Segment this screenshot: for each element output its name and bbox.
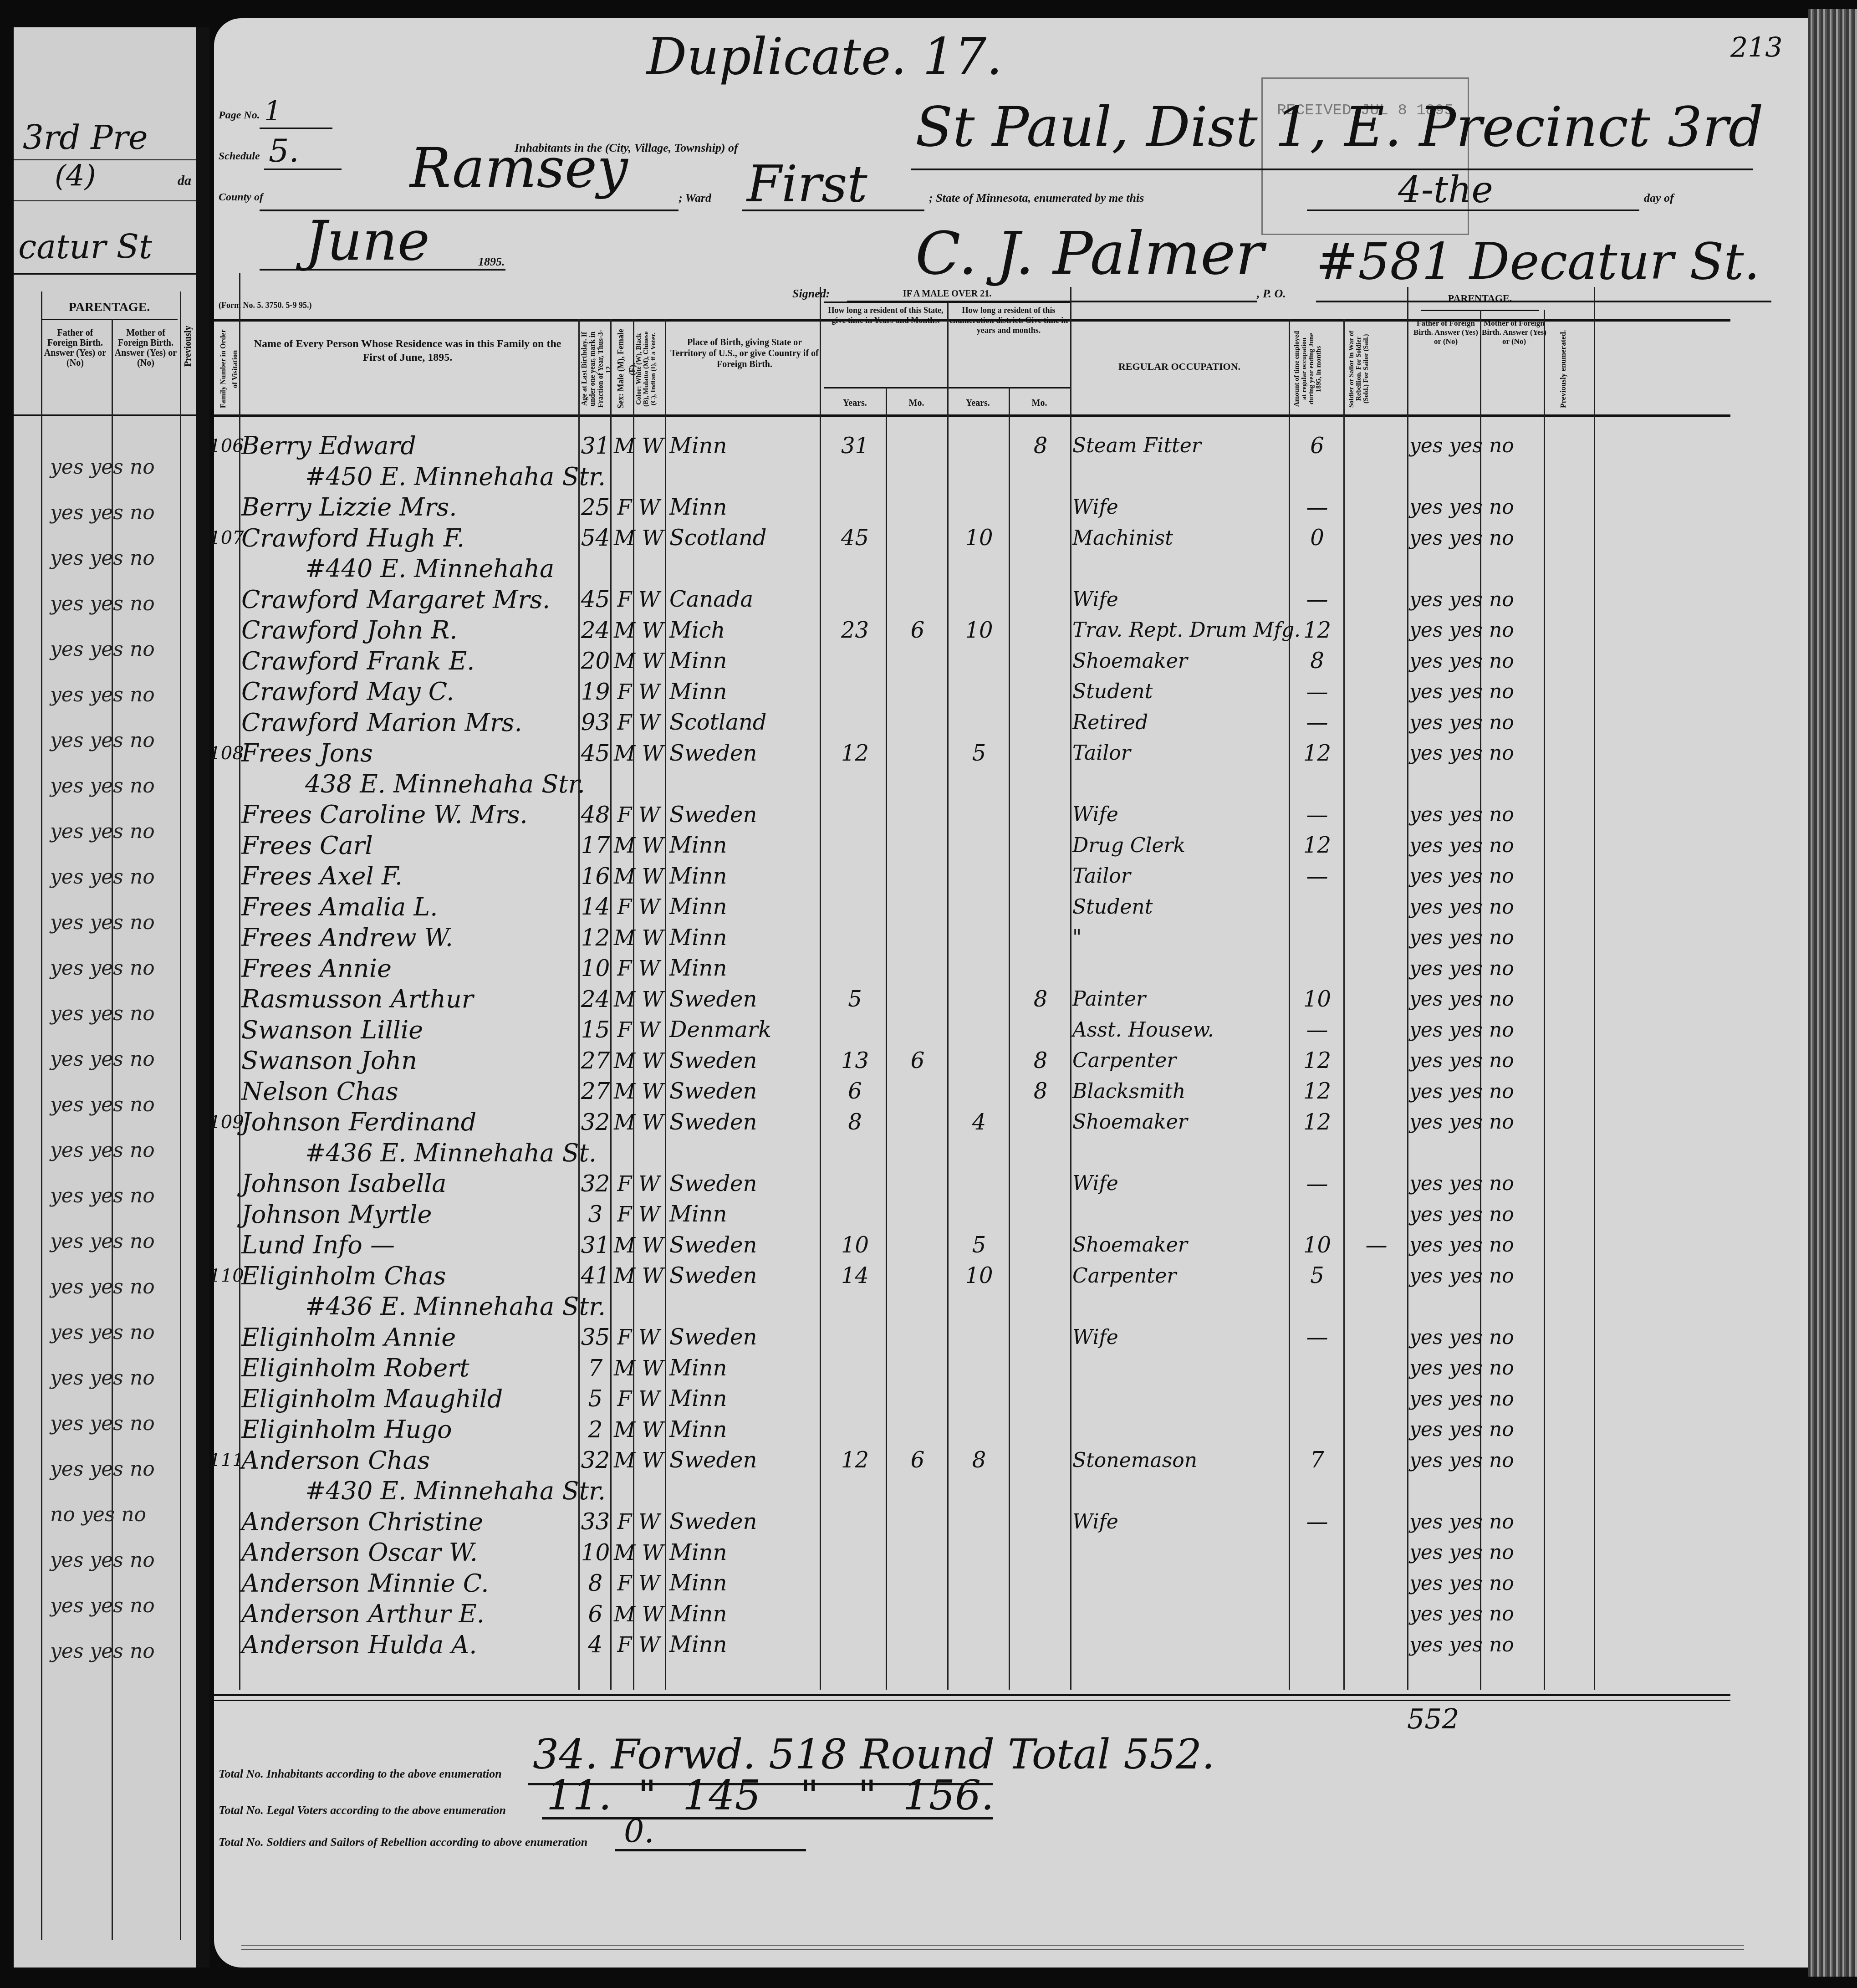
district-years: [949, 799, 1009, 830]
age: 33: [581, 1507, 610, 1538]
district-years: [949, 1076, 1009, 1107]
state-months: 6: [888, 1045, 947, 1076]
state-years: [824, 1537, 886, 1568]
occupation: Retired: [1072, 707, 1289, 738]
family-number: [214, 1322, 239, 1353]
district-months: [1011, 1414, 1070, 1445]
page-no-label: Page No.: [219, 109, 260, 122]
months-employed: —: [1291, 861, 1343, 892]
district-years: [949, 1015, 1009, 1046]
district-years: [949, 1568, 1009, 1599]
birthplace: Minn: [669, 861, 820, 892]
state-months: [888, 1630, 947, 1661]
occupation: Shoemaker: [1072, 1230, 1289, 1261]
year-label: 1895.: [478, 255, 505, 269]
prev-parentage-entry: yes yes no: [50, 911, 155, 934]
district-months: [1011, 1384, 1070, 1415]
person-name: Anderson Minnie C.: [241, 1568, 578, 1599]
col-birthplace: Place of Birth, giving State or Territor…: [669, 337, 820, 370]
state-months: [888, 1414, 947, 1445]
soldier-sailor: [1346, 984, 1407, 1015]
prev-parentage-entry: yes yes no: [50, 1412, 155, 1435]
soldier-sailor: [1346, 1568, 1407, 1599]
po-address: #581 Decatur St.: [1316, 232, 1760, 291]
soldier-sailor: [1346, 1445, 1407, 1476]
col-state-months: Mo.: [886, 396, 947, 410]
district-months: [1011, 1445, 1070, 1476]
state-years: 23: [824, 615, 886, 646]
parentage: yes yes no: [1409, 1384, 1592, 1415]
birthplace: Minn: [669, 1414, 820, 1445]
parentage: yes yes no: [1409, 892, 1592, 923]
sex-color: M W: [612, 615, 665, 646]
state-years: [824, 799, 886, 830]
state-months: [888, 1261, 947, 1292]
person-name: Anderson Hulda A.: [241, 1630, 578, 1661]
district-months: [1011, 830, 1070, 861]
table-row: 109Johnson Ferdinand32M WSweden84Shoemak…: [214, 1107, 1808, 1138]
prev-parentage-entry: yes yes no: [50, 1548, 155, 1572]
city-value: St Paul, Dist 1, E. Precinct 3rd: [915, 96, 1764, 159]
months-employed: [1291, 1199, 1343, 1230]
state-months: [888, 707, 947, 738]
district-months: 8: [1011, 1076, 1070, 1107]
col-previously: Previously enumerated.: [1557, 328, 1585, 410]
district-years: [949, 492, 1009, 523]
age: 15: [581, 1015, 610, 1046]
person-name: #430 E. Minnehaha Str.: [305, 1476, 852, 1507]
district-years: [949, 1384, 1009, 1415]
parentage: yes yes no: [1409, 922, 1592, 953]
occupation: Stonemason: [1072, 1445, 1289, 1476]
months-employed: 12: [1291, 1045, 1343, 1076]
age: 31: [581, 1230, 610, 1261]
parentage: yes yes no: [1409, 1230, 1592, 1261]
state-years: [824, 1199, 886, 1230]
person-name: Eliginholm Annie: [241, 1322, 578, 1353]
total-inhabitants-label: Total No. Inhabitants according to the a…: [219, 1767, 502, 1781]
occupation: Drug Clerk: [1072, 830, 1289, 861]
person-name: Lund Info —: [241, 1230, 578, 1261]
district-years: [949, 646, 1009, 677]
prev-day-fragment: da: [178, 173, 191, 189]
total-voters-value: 11. " 145 " " 156.: [546, 1772, 994, 1819]
months-employed: [1291, 1384, 1343, 1415]
table-row: Johnson Myrtle3F WMinnyes yes no: [214, 1199, 1808, 1230]
age: 48: [581, 799, 610, 830]
months-employed: [1291, 1599, 1343, 1630]
state-years: [824, 892, 886, 923]
months-employed: [1291, 1568, 1343, 1599]
state-years: [824, 707, 886, 738]
state-months: [888, 1107, 947, 1138]
district-years: [949, 707, 1009, 738]
months-employed: —: [1291, 1322, 1343, 1353]
age: 19: [581, 676, 610, 707]
months-employed: 0: [1291, 523, 1343, 554]
age: 24: [581, 615, 610, 646]
sex-color: M W: [612, 1045, 665, 1076]
person-name: Frees Annie: [241, 953, 578, 984]
family-number: [214, 676, 239, 707]
table-row: Johnson Isabella32F WSwedenWife—yes yes …: [214, 1168, 1808, 1199]
state-years: [824, 1015, 886, 1046]
table-row: Berry Lizzie Mrs.25F WMinnWife—yes yes n…: [214, 492, 1808, 523]
parentage: yes yes no: [1409, 1045, 1592, 1076]
state-years: [824, 1568, 886, 1599]
months-employed: —: [1291, 1168, 1343, 1199]
soldier-sailor: [1346, 676, 1407, 707]
district-months: [1011, 1507, 1070, 1538]
district-months: [1011, 953, 1070, 984]
state-months: [888, 830, 947, 861]
table-row: Crawford Marion Mrs.93F WScotlandRetired…: [214, 707, 1808, 738]
age: 27: [581, 1045, 610, 1076]
district-years: [949, 1168, 1009, 1199]
soldier-sailor: [1346, 492, 1407, 523]
person-name: Anderson Christine: [241, 1507, 578, 1538]
occupation: Asst. Housew.: [1072, 1015, 1289, 1046]
col-months-employed: Amount of time employed at regular occup…: [1293, 328, 1339, 410]
soldier-sailor: [1346, 1630, 1407, 1661]
birthplace: Sweden: [669, 984, 820, 1015]
prev-header-fragment-1: 3rd Pre: [23, 118, 148, 157]
state-months: [888, 1015, 947, 1046]
state-months: [888, 799, 947, 830]
prev-parentage-entry: yes yes no: [50, 956, 155, 980]
district-months: [1011, 492, 1070, 523]
occupation: Painter: [1072, 984, 1289, 1015]
prev-parentage-entry: yes yes no: [50, 820, 155, 843]
state-years: [824, 1414, 886, 1445]
district-months: [1011, 1168, 1070, 1199]
table-row: Crawford Margaret Mrs.45F WCanadaWife—ye…: [214, 584, 1808, 615]
district-years: 5: [949, 1230, 1009, 1261]
soldier-sailor: [1346, 1353, 1407, 1384]
family-number: [214, 922, 239, 953]
birthplace: Minn: [669, 676, 820, 707]
table-row: 107Crawford Hugh F.54M WScotland4510Mach…: [214, 523, 1808, 554]
prev-parentage-heading: PARENTAGE.: [41, 301, 178, 314]
person-name: Berry Lizzie Mrs.: [241, 492, 578, 523]
col-sex: Sex: Male (M), Female (F).: [615, 328, 633, 410]
district-months: [1011, 1322, 1070, 1353]
parentage: yes yes no: [1409, 1414, 1592, 1445]
district-years: [949, 1537, 1009, 1568]
person-name: Johnson Ferdinand: [241, 1107, 578, 1138]
soldier-sailor: [1346, 922, 1407, 953]
state-months: [888, 1168, 947, 1199]
table-row: Lund Info —31M WSweden105Shoemaker10—yes…: [214, 1230, 1808, 1261]
occupation: Wife: [1072, 1322, 1289, 1353]
prev-parentage-entry: yes yes no: [50, 1184, 155, 1207]
state-months: [888, 523, 947, 554]
parentage: yes yes no: [1409, 799, 1592, 830]
occupation: Tailor: [1072, 738, 1289, 769]
age: 45: [581, 738, 610, 769]
sex-color: F W: [612, 1015, 665, 1046]
soldier-sailor: [1346, 738, 1407, 769]
age: 12: [581, 922, 610, 953]
prev-parentage-entry: no yes no: [50, 1503, 146, 1526]
table-row: Frees Andrew W.12M WMinn"yes yes no: [214, 922, 1808, 953]
months-employed: 12: [1291, 738, 1343, 769]
age: 45: [581, 584, 610, 615]
birthplace: Sweden: [669, 1045, 820, 1076]
person-name: Berry Edward: [241, 430, 578, 461]
parentage: yes yes no: [1409, 1537, 1592, 1568]
prev-parentage-entry: yes yes no: [50, 1139, 155, 1162]
person-name: Frees Andrew W.: [241, 922, 578, 953]
sex-color: F W: [612, 799, 665, 830]
parentage: yes yes no: [1409, 646, 1592, 677]
district-months: [1011, 1568, 1070, 1599]
parentage: yes yes no: [1409, 615, 1592, 646]
parentage: yes yes no: [1409, 1568, 1592, 1599]
county-label: County of: [219, 191, 263, 204]
person-name: Anderson Oscar W.: [241, 1537, 578, 1568]
state-months: [888, 1599, 947, 1630]
family-number: [214, 830, 239, 861]
person-name: Crawford Marion Mrs.: [241, 707, 578, 738]
family-number: [214, 1537, 239, 1568]
age: 6: [581, 1599, 610, 1630]
months-employed: 5: [1291, 1261, 1343, 1292]
family-number: [214, 1015, 239, 1046]
family-number: [214, 953, 239, 984]
table-row: Anderson Minnie C.8F WMinnyes yes no: [214, 1568, 1808, 1599]
sex-color: F W: [612, 1568, 665, 1599]
person-name: Frees Axel F.: [241, 861, 578, 892]
sex-color: F W: [612, 953, 665, 984]
month-value: June: [305, 210, 430, 273]
person-name: Crawford Hugh F.: [241, 523, 578, 554]
state-years: [824, 953, 886, 984]
person-name: Rasmusson Arthur: [241, 984, 578, 1015]
occupation: Carpenter: [1072, 1261, 1289, 1292]
district-years: [949, 1045, 1009, 1076]
parentage: yes yes no: [1409, 1322, 1592, 1353]
soldier-sailor: [1346, 1414, 1407, 1445]
occupation: [1072, 953, 1289, 984]
family-number: 106: [214, 430, 239, 461]
age: 32: [581, 1445, 610, 1476]
soldier-sailor: [1346, 1537, 1407, 1568]
soldier-sailor: [1346, 830, 1407, 861]
age: 16: [581, 861, 610, 892]
person-name: Eliginholm Robert: [241, 1353, 578, 1384]
district-months: [1011, 892, 1070, 923]
sex-color: M W: [612, 523, 665, 554]
schedule-label: Schedule: [219, 150, 260, 163]
prev-parentage-entry: yes yes no: [50, 865, 155, 889]
state-months: [888, 1230, 947, 1261]
birthplace: Minn: [669, 1199, 820, 1230]
family-number: [214, 1199, 239, 1230]
months-employed: —: [1291, 584, 1343, 615]
soldier-sailor: [1346, 430, 1407, 461]
person-name: Johnson Isabella: [241, 1168, 578, 1199]
col-resident-state: How long a resident of this State, give …: [824, 305, 947, 325]
age: 20: [581, 646, 610, 677]
occupation: Wife: [1072, 799, 1289, 830]
prev-parentage-entry: yes yes no: [50, 638, 155, 661]
state-years: [824, 861, 886, 892]
col-name: Name of Every Person Whose Residence was…: [241, 337, 574, 364]
table-row: Nelson Chas27M WSweden68Blacksmith12yes …: [214, 1076, 1808, 1107]
prev-mother-heading: Mother of Foreign Birth. Answer (Yes) or…: [112, 328, 180, 368]
total-voters-label: Total No. Legal Voters according to the …: [219, 1804, 506, 1817]
prev-parentage-entry: yes yes no: [50, 1275, 155, 1298]
family-number: [214, 892, 239, 923]
prev-parentage-entry: yes yes no: [50, 1093, 155, 1116]
sex-color: F W: [612, 892, 665, 923]
prev-parentage-entry: yes yes no: [50, 774, 155, 797]
person-name: Frees Jons: [241, 738, 578, 769]
district-years: [949, 984, 1009, 1015]
prev-parentage-entry: yes yes no: [50, 1230, 155, 1253]
state-years: [824, 646, 886, 677]
age: 31: [581, 430, 610, 461]
table-row: Anderson Christine33F WSwedenWife—yes ye…: [214, 1507, 1808, 1538]
months-employed: —: [1291, 676, 1343, 707]
state-years: 10: [824, 1230, 886, 1261]
sex-color: M W: [612, 1353, 665, 1384]
table-row: Rasmusson Arthur24M WSweden58Painter10ye…: [214, 984, 1808, 1015]
months-employed: —: [1291, 1015, 1343, 1046]
state-years: 13: [824, 1045, 886, 1076]
col-resident-district: How long a resident of this enumeration …: [947, 305, 1070, 335]
family-number: [214, 707, 239, 738]
birthplace: Minn: [669, 953, 820, 984]
age: 27: [581, 1076, 610, 1107]
family-number: [214, 1568, 239, 1599]
table-row: 106Berry Edward31M WMinn318Steam Fitter6…: [214, 430, 1808, 461]
family-number: [214, 646, 239, 677]
occupation: Shoemaker: [1072, 646, 1289, 677]
parentage: yes yes no: [1409, 830, 1592, 861]
table-row: Frees Caroline W. Mrs.48F WSwedenWife—ye…: [214, 799, 1808, 830]
birthplace: Minn: [669, 1537, 820, 1568]
months-employed: [1291, 1537, 1343, 1568]
occupation: Wife: [1072, 492, 1289, 523]
parentage: yes yes no: [1409, 584, 1592, 615]
months-employed: 6: [1291, 430, 1343, 461]
state-months: [888, 584, 947, 615]
district-months: [1011, 615, 1070, 646]
sex-color: M W: [612, 922, 665, 953]
col-age: Age at Last Birthday. If under one year,…: [581, 328, 608, 410]
state-months: [888, 892, 947, 923]
months-employed: [1291, 1414, 1343, 1445]
prev-parentage-entry: yes yes no: [50, 1048, 155, 1071]
address-row: #436 E. Minnehaha Str.: [214, 1291, 1808, 1322]
birthplace: Mich: [669, 615, 820, 646]
form-number: (Form No. 5. 3750. 5-9 95.): [219, 301, 311, 310]
state-years: [824, 1507, 886, 1538]
district-years: 10: [949, 1261, 1009, 1292]
age: 24: [581, 984, 610, 1015]
table-row: Crawford John R.24M WMich23610Trav. Rept…: [214, 615, 1808, 646]
sex-color: F W: [612, 1507, 665, 1538]
person-name: #440 E. Minnehaha: [305, 553, 852, 584]
age: 54: [581, 523, 610, 554]
district-months: [1011, 1199, 1070, 1230]
family-number: [214, 1045, 239, 1076]
age: 25: [581, 492, 610, 523]
address-row: 438 E. Minnehaha Str.: [214, 769, 1808, 800]
age: 2: [581, 1414, 610, 1445]
months-employed: —: [1291, 799, 1343, 830]
occupation: Blacksmith: [1072, 1076, 1289, 1107]
parentage: yes yes no: [1409, 430, 1592, 461]
parentage: yes yes no: [1409, 707, 1592, 738]
sex-color: M W: [612, 738, 665, 769]
parentage: yes yes no: [1409, 1107, 1592, 1138]
state-months: [888, 1076, 947, 1107]
sex-color: M W: [612, 1107, 665, 1138]
soldier-sailor: [1346, 953, 1407, 984]
age: 10: [581, 953, 610, 984]
family-number: 107: [214, 523, 239, 554]
state-years: [824, 830, 886, 861]
table-row: Frees Annie10F WMinnyes yes no: [214, 953, 1808, 984]
district-months: [1011, 1015, 1070, 1046]
parentage: yes yes no: [1409, 953, 1592, 984]
district-months: [1011, 1261, 1070, 1292]
soldier-sailor: [1346, 892, 1407, 923]
occupation: Steam Fitter: [1072, 430, 1289, 461]
col-occupation: REGULAR OCCUPATION.: [1070, 360, 1289, 373]
col-state-years: Years.: [824, 396, 886, 410]
family-number: [214, 799, 239, 830]
duplicate-note: Duplicate. 17.: [647, 27, 1002, 86]
occupation: [1072, 1353, 1289, 1384]
person-name: Johnson Myrtle: [241, 1199, 578, 1230]
birthplace: Scotland: [669, 523, 820, 554]
person-name: Eliginholm Chas: [241, 1261, 578, 1292]
person-name: #436 E. Minnehaha St.: [305, 1138, 852, 1169]
months-employed: 10: [1291, 1230, 1343, 1261]
soldier-sailor: [1346, 1261, 1407, 1292]
occupation: [1072, 1599, 1289, 1630]
state-months: [888, 738, 947, 769]
person-name: Anderson Chas: [241, 1445, 578, 1476]
birthplace: Sweden: [669, 1168, 820, 1199]
census-page: Duplicate. 17. 213 RECEIVED JUL 8 1895 P…: [214, 18, 1808, 1968]
district-months: [1011, 707, 1070, 738]
prev-parentage-entry: yes yes no: [50, 1366, 155, 1390]
person-name: Crawford John R.: [241, 615, 578, 646]
state-years: [824, 1384, 886, 1415]
prev-parentage-entry: yes yes no: [50, 592, 155, 615]
district-years: [949, 830, 1009, 861]
total-soldiers-label: Total No. Soldiers and Sailors of Rebell…: [219, 1835, 587, 1849]
sex-color: F W: [612, 676, 665, 707]
table-row: 111Anderson Chas32M WSweden1268Stonemaso…: [214, 1445, 1808, 1476]
family-number: [214, 1507, 239, 1538]
soldier-sailor: [1346, 1107, 1407, 1138]
age: 5: [581, 1384, 610, 1415]
person-name: Swanson John: [241, 1045, 578, 1076]
district-months: [1011, 1537, 1070, 1568]
parentage: yes yes no: [1409, 492, 1592, 523]
sex-color: M W: [612, 984, 665, 1015]
months-employed: —: [1291, 1507, 1343, 1538]
district-months: 8: [1011, 430, 1070, 461]
months-employed: [1291, 1353, 1343, 1384]
sex-color: M W: [612, 646, 665, 677]
